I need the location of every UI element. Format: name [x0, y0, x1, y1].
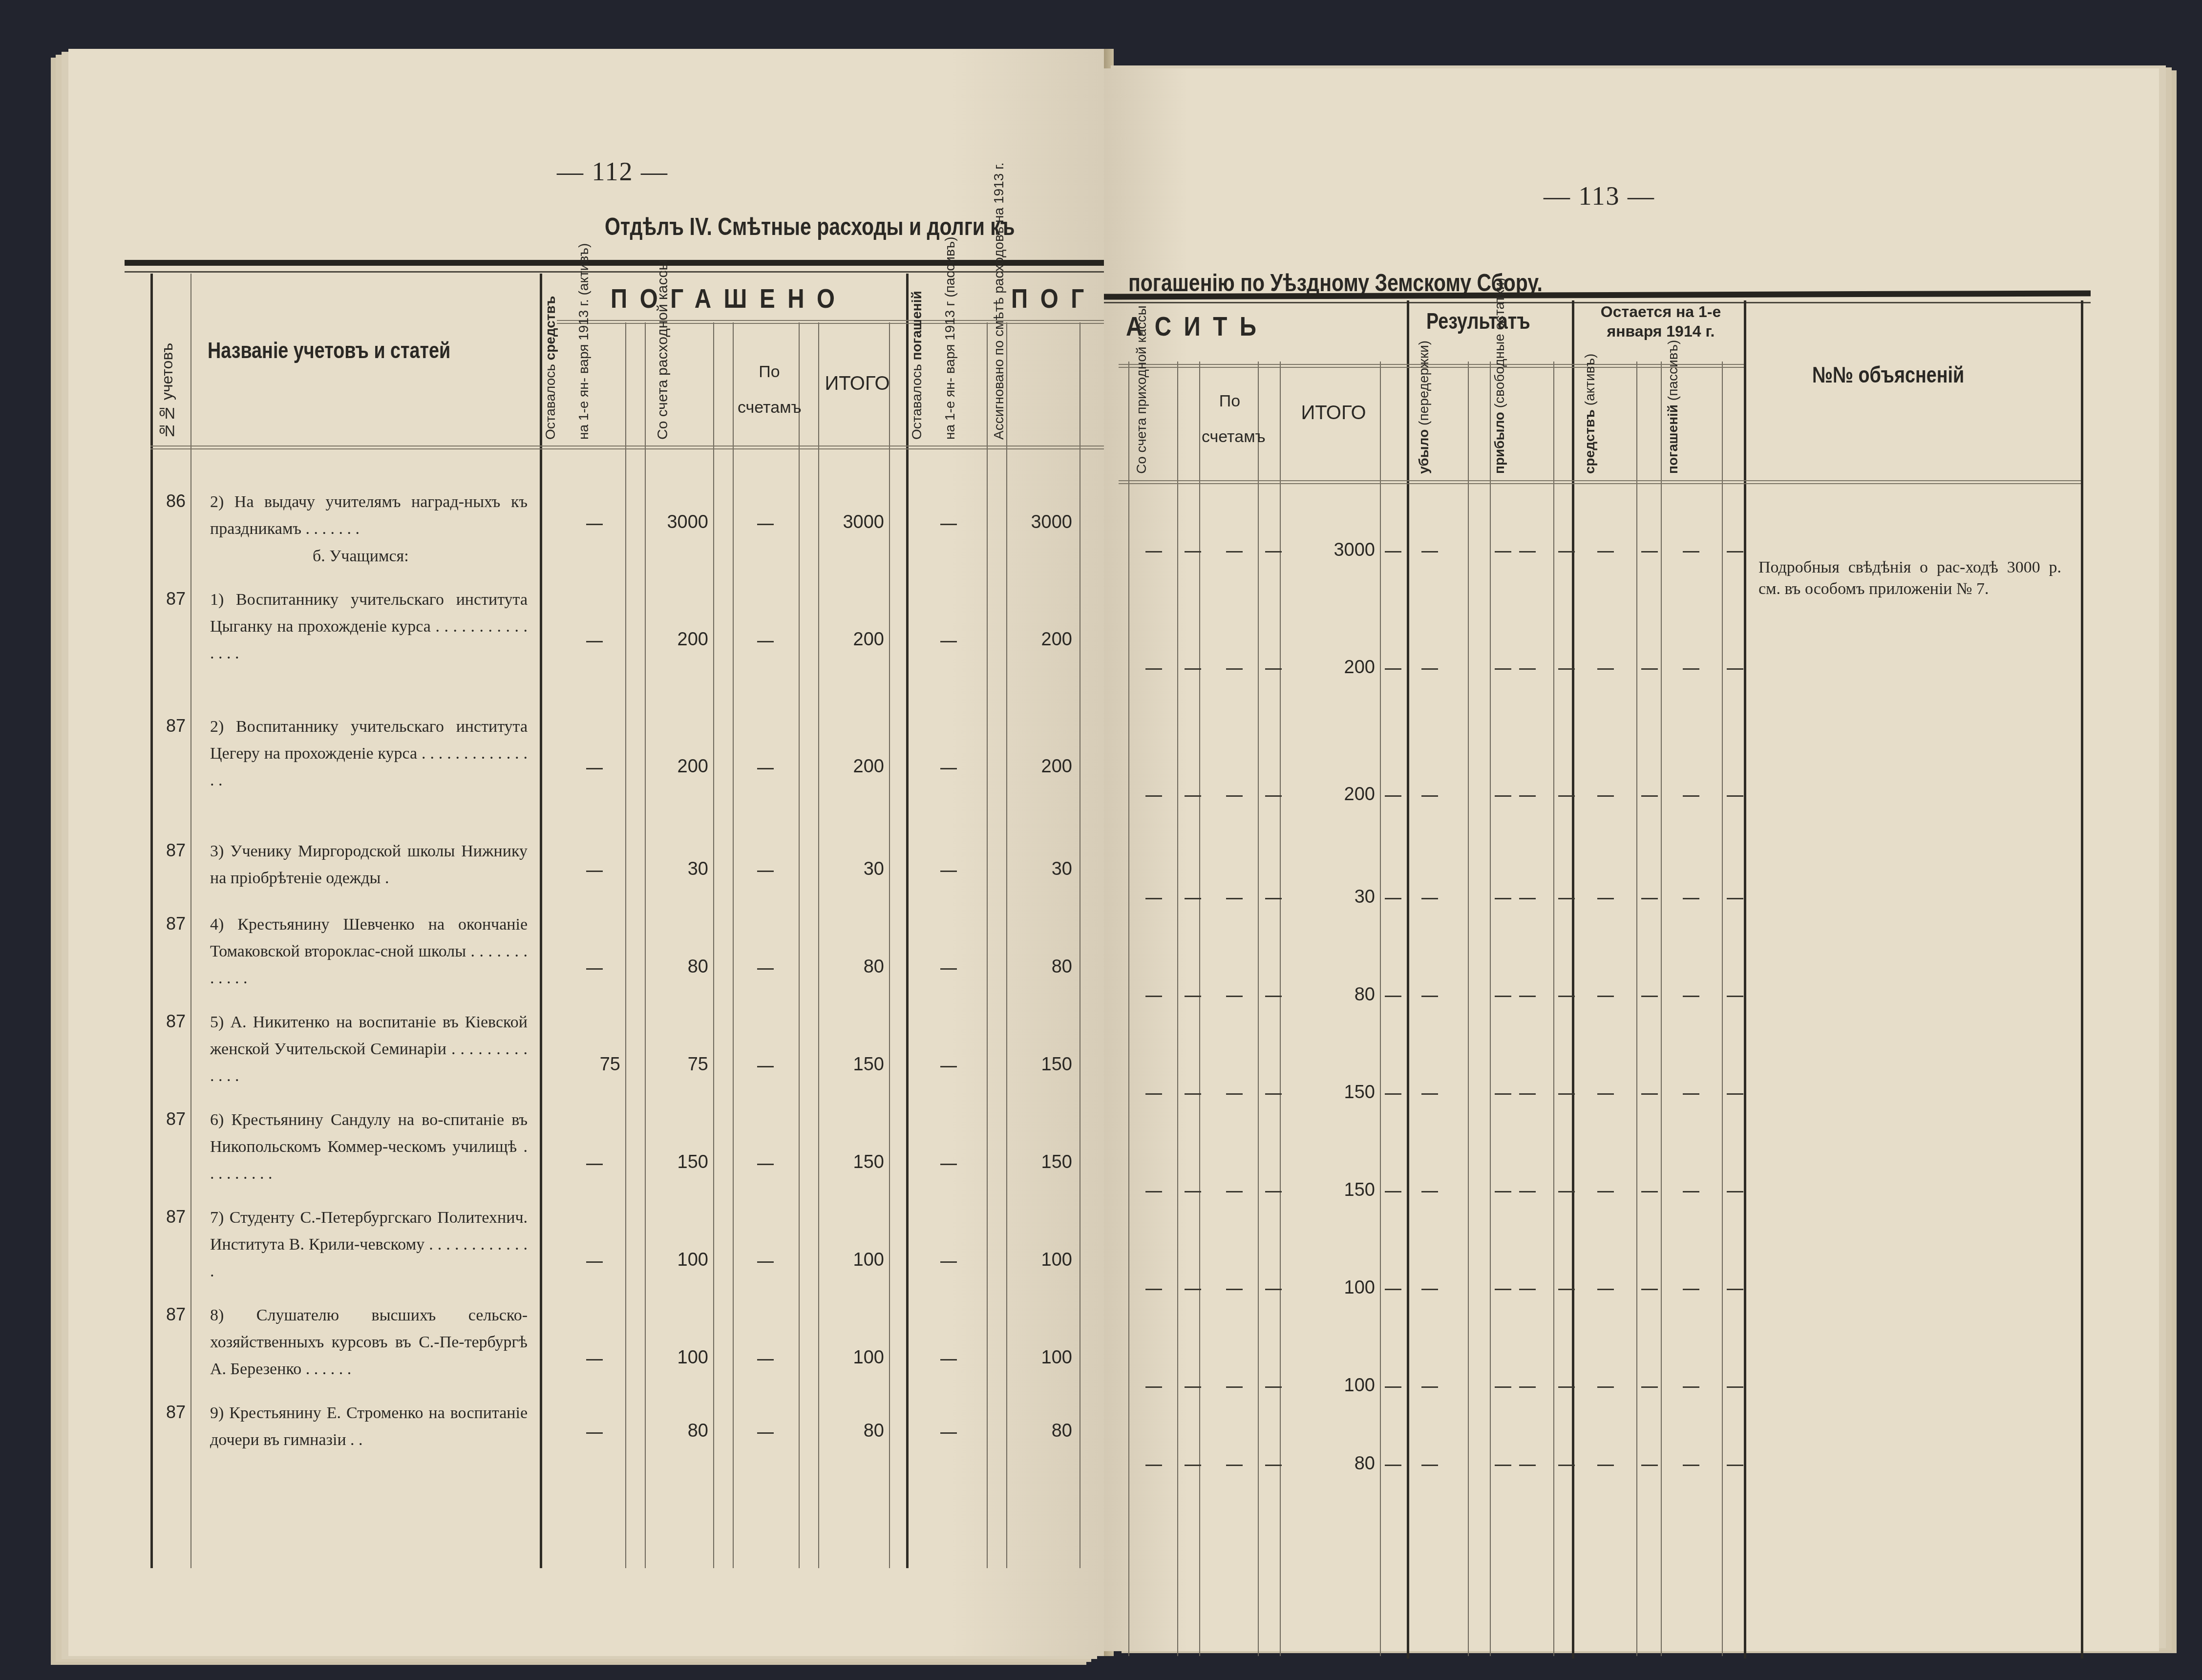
dash [1421, 668, 1438, 670]
header-col-ostavalos-sredstv: Оставалось средствъ [543, 330, 558, 440]
dash [1185, 996, 1201, 997]
col-border [2081, 300, 2083, 1659]
dash [757, 768, 774, 769]
dash [1558, 996, 1575, 997]
dash [1421, 1465, 1438, 1466]
dash [1385, 668, 1401, 670]
header-col-ostavalos-pogasheniy: Оставалось погашеній [910, 330, 925, 440]
dash [1683, 795, 1699, 797]
header-col-activ-note: на 1-е ян- варя 1913 г. (активъ) [576, 330, 592, 440]
dash [1495, 996, 1511, 997]
itogo-value: 80 [1309, 1453, 1375, 1474]
dash [1683, 996, 1699, 997]
col-border [799, 322, 800, 1568]
dash [1265, 996, 1282, 997]
dash [1519, 898, 1536, 899]
dash [1185, 898, 1201, 899]
page-number-left: — 112 — [557, 156, 668, 187]
dash [1145, 898, 1162, 899]
dash [757, 871, 774, 872]
col-border [906, 274, 909, 1568]
dash [1421, 551, 1438, 553]
dash [1495, 1093, 1511, 1095]
col-border [645, 322, 646, 1568]
dash [1597, 668, 1614, 670]
dash [1385, 1386, 1401, 1388]
col-border [987, 322, 988, 1568]
dash [1421, 898, 1438, 899]
header-bottom-rule [1119, 480, 2081, 484]
header-notes: №№ объясненій [1812, 362, 1964, 388]
dash [1727, 898, 1743, 899]
dash [1495, 1465, 1511, 1466]
dash [1226, 1191, 1243, 1192]
dash [1145, 1093, 1162, 1095]
dash [1226, 898, 1243, 899]
col-border [191, 274, 191, 1568]
col-border [1258, 362, 1259, 1656]
header-col-so-scheta-prikhodnoy: Со счета приходной кассы [1134, 381, 1149, 474]
dash [1495, 898, 1511, 899]
dash [1265, 1289, 1282, 1290]
dash [1145, 795, 1162, 797]
left-page: — 112 — Отдѣлъ IV. Смѣтные расходы и дол… [68, 49, 1104, 1656]
dash [1519, 1465, 1536, 1466]
dash [1226, 1465, 1243, 1466]
dash [757, 1432, 774, 1434]
explanation-note: Подробныя свѣдѣнія о рас-ходѣ 3000 р. см… [1758, 557, 2061, 600]
dash [1185, 1191, 1201, 1192]
col-border [1177, 362, 1178, 1656]
dash [1385, 898, 1401, 899]
header-col-pribylo: прибыло (свободные остатки) [1492, 376, 1507, 474]
dash [1265, 1465, 1282, 1466]
dash [1385, 1093, 1401, 1095]
itogo-value: 100 [1309, 1375, 1375, 1396]
dash [1727, 1386, 1743, 1388]
col-border [1199, 362, 1200, 1656]
dash [1265, 898, 1282, 899]
dash [757, 1359, 774, 1361]
dash [1558, 668, 1575, 670]
col-border [818, 322, 819, 1568]
header-col-so-scheta: Со счета расходной кассы [655, 342, 671, 440]
col-border [1572, 300, 1574, 1659]
col-border [1722, 362, 1723, 1656]
col-border [1490, 362, 1491, 1656]
col-border [1280, 362, 1281, 1656]
dash [940, 1432, 957, 1434]
col-border [889, 322, 890, 1568]
dash [1641, 898, 1658, 899]
dash [586, 1432, 603, 1434]
dash [1226, 1093, 1243, 1095]
header-group-ostaetsya: Остается на 1-е января 1914 г. [1580, 302, 1741, 341]
dash [940, 641, 957, 642]
col-border [1380, 362, 1381, 1656]
dash [1519, 1386, 1536, 1388]
dash [1519, 668, 1536, 670]
dash [1265, 1386, 1282, 1388]
itogo-value: 200 [1309, 784, 1375, 805]
dash [1519, 795, 1536, 797]
dash [1385, 1289, 1401, 1290]
col-border [1553, 362, 1554, 1656]
dash [1683, 898, 1699, 899]
header-col-ubylo: убыло (передержки) [1417, 376, 1432, 474]
dash [1597, 1465, 1614, 1466]
col-border [1407, 300, 1409, 1659]
dash [1495, 1386, 1511, 1388]
dash [1519, 996, 1536, 997]
dash [1385, 551, 1401, 553]
dash [1558, 551, 1575, 553]
dash [1265, 668, 1282, 670]
dash [1727, 795, 1743, 797]
dash [1265, 795, 1282, 797]
dash [1597, 1386, 1614, 1388]
header-col-itogo: ИТОГО [1290, 401, 1377, 425]
dash [1641, 1386, 1658, 1388]
dash [1597, 551, 1614, 553]
itogo-value: 100 [1309, 1277, 1375, 1298]
dash [757, 641, 774, 642]
dash [1145, 1386, 1162, 1388]
dash [757, 1261, 774, 1263]
dash [940, 524, 957, 525]
header-bottom-rule [150, 446, 1104, 449]
col-border [1468, 362, 1469, 1656]
itogo-value: 80 [1309, 984, 1375, 1005]
dash [1145, 1191, 1162, 1192]
dash [757, 524, 774, 525]
dash [1495, 795, 1511, 797]
header-subdivider [1119, 364, 1744, 368]
dash [757, 1066, 774, 1067]
header-col-itogo: ИТОГО [823, 371, 891, 396]
itogo-value: 200 [1309, 657, 1375, 678]
col-border [625, 322, 626, 1568]
header-group-pog: ПОГ [1011, 282, 1097, 314]
header-col-passiv-note: на 1-е ян- варя 1913 г (пассивъ) [943, 330, 958, 440]
dash [1641, 795, 1658, 797]
col-border [540, 274, 542, 1568]
dash [1683, 1289, 1699, 1290]
dash [586, 768, 603, 769]
dash [1641, 996, 1658, 997]
dash [1727, 551, 1743, 553]
dash [1145, 668, 1162, 670]
dash [757, 1164, 774, 1165]
dash [1519, 1289, 1536, 1290]
subheading-uchashchimsya: б. Учащимся: [313, 547, 409, 566]
dash [1185, 551, 1201, 553]
dash [1597, 1191, 1614, 1192]
col-border [150, 274, 153, 1568]
dash [1226, 1386, 1243, 1388]
dash [940, 1066, 957, 1067]
col-border [733, 322, 734, 1568]
dash [1519, 1093, 1536, 1095]
dash [1558, 795, 1575, 797]
header-group-rezultat: Результатъ [1426, 308, 1530, 334]
itogo-value: 3000 [1309, 540, 1375, 561]
page-number-right: — 113 — [1544, 181, 1655, 211]
dash [1495, 1289, 1511, 1290]
dash [1597, 795, 1614, 797]
col-border [1080, 322, 1080, 1568]
dash [1558, 898, 1575, 899]
dash [1641, 1289, 1658, 1290]
dash [586, 1261, 603, 1263]
dash [586, 1359, 603, 1361]
dash [1145, 1289, 1162, 1290]
dash [1727, 1465, 1743, 1466]
itogo-value: 150 [1309, 1082, 1375, 1103]
dash [1495, 1191, 1511, 1192]
dash [586, 641, 603, 642]
dash [1145, 1465, 1162, 1466]
dash [1185, 1386, 1201, 1388]
dash [1185, 1465, 1201, 1466]
header-group-pogasheno: ПОГАШЕНО [611, 282, 847, 314]
dash [1727, 996, 1743, 997]
dash [1421, 795, 1438, 797]
dash [1495, 668, 1511, 670]
col-border [1006, 322, 1007, 1568]
header-col-pogasheniy-passiv: погашеній (пассивъ) [1666, 376, 1681, 474]
dash [1226, 668, 1243, 670]
dash [1265, 551, 1282, 553]
dash [940, 1164, 957, 1165]
dash [1421, 1191, 1438, 1192]
dash [940, 968, 957, 970]
header-name: Названіе учетовъ и статей [208, 337, 450, 363]
header-col-po-schetam: По счетамъ [738, 362, 801, 418]
dash [940, 768, 957, 769]
header-col-po-schetam: По счетамъ [1202, 391, 1258, 447]
dash [1421, 1386, 1438, 1388]
col-border [1636, 362, 1637, 1656]
header-col-sredstv-aktiv: средствъ (активъ) [1583, 376, 1598, 474]
dash [1641, 1093, 1658, 1095]
dash [1683, 551, 1699, 553]
dash [1597, 996, 1614, 997]
dash [1185, 1093, 1201, 1095]
dash [1265, 1191, 1282, 1192]
dash [1558, 1465, 1575, 1466]
dash [1641, 1465, 1658, 1466]
dash [1683, 1386, 1699, 1388]
dash [1185, 1289, 1201, 1290]
dash [1519, 551, 1536, 553]
col-border [1661, 362, 1662, 1656]
right-page: — 113 — погашенію по Уѣздному Земскому С… [1104, 68, 2159, 1651]
dash [1185, 795, 1201, 797]
header-row-no: №№ учетовъ [159, 303, 176, 440]
dash [1727, 668, 1743, 670]
col-border [713, 322, 714, 1568]
dash [1727, 1191, 1743, 1192]
dash [1385, 1191, 1401, 1192]
dash [1558, 1191, 1575, 1192]
dash [1683, 1191, 1699, 1192]
dash [1641, 1191, 1658, 1192]
itogo-value: 30 [1309, 887, 1375, 908]
header-col-assignovano: Ассигновано по смѣтѣ расходовъ на 1913 г… [992, 330, 1007, 440]
dash [1226, 1289, 1243, 1290]
dash [1145, 551, 1162, 553]
dash [757, 968, 774, 970]
dash [1385, 996, 1401, 997]
dash [1683, 1465, 1699, 1466]
dash [1519, 1191, 1536, 1192]
dash [1683, 1093, 1699, 1095]
dash [1558, 1386, 1575, 1388]
itogo-value: 150 [1309, 1180, 1375, 1201]
dash [1265, 1093, 1282, 1095]
dash [940, 871, 957, 872]
dash [1421, 1093, 1438, 1095]
dash [1558, 1093, 1575, 1095]
dash [586, 871, 603, 872]
dash [1145, 996, 1162, 997]
dash [1683, 668, 1699, 670]
dash [1226, 551, 1243, 553]
dash [1226, 795, 1243, 797]
header-subdivider [557, 320, 1104, 324]
dash [1641, 551, 1658, 553]
dash [1495, 551, 1511, 553]
col-border [1128, 362, 1129, 1656]
dash [586, 524, 603, 525]
dash [1226, 996, 1243, 997]
dash [1727, 1289, 1743, 1290]
dash [1727, 1093, 1743, 1095]
dash [940, 1261, 957, 1263]
dash [586, 1164, 603, 1165]
dash [1597, 1289, 1614, 1290]
dash [1421, 1289, 1438, 1290]
dash [940, 1359, 957, 1361]
dash [1185, 668, 1201, 670]
dash [1385, 1465, 1401, 1466]
dash [586, 968, 603, 970]
dash [1597, 898, 1614, 899]
dash [1385, 795, 1401, 797]
dash [1558, 1289, 1575, 1290]
dash [1641, 668, 1658, 670]
dash [1421, 996, 1438, 997]
dash [1597, 1093, 1614, 1095]
col-border [1744, 300, 1746, 1659]
